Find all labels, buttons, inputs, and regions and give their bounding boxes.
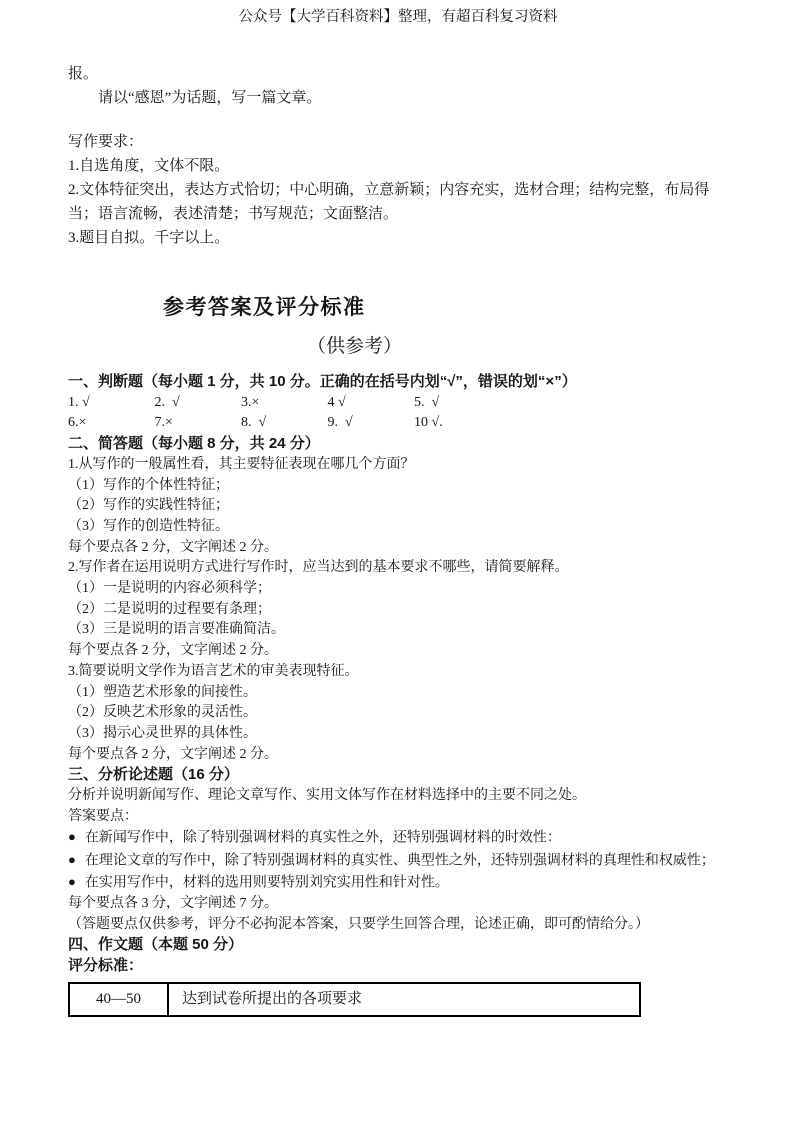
judgment-answers-row: 1. √2. √3.×4 √5. √	[68, 393, 728, 414]
analysis-bullet: ●在实用写作中，材料的选用则要特别刘究实用性和针对性。	[68, 872, 728, 894]
judgment-heading: 一、判断题（每小题 1 分，共 10 分。正确的在括号内划“√”，错误的划“×”…	[68, 372, 728, 393]
answer-points-label: 答案要点：	[68, 807, 728, 828]
score-note: 每个要点各 2 分，文字阐述 2 分。	[68, 538, 728, 559]
requirement-item: 2.文体特征突出，表达方式恰切；中心明确，立意新颖；内容充实，选材合理；结构完整…	[68, 178, 728, 226]
answer-point: （1）写作的个体性特征；	[68, 476, 728, 497]
judgment-answer: 8. √	[241, 413, 328, 434]
answer-key-body: 一、判断题（每小题 1 分，共 10 分。正确的在括号内划“√”，错误的划“×”…	[68, 372, 728, 1017]
judgment-answer: 3.×	[241, 393, 328, 414]
score-range-cell: 40—50	[69, 983, 168, 1016]
score-desc-cell: 达到试卷所提出的各项要求	[168, 983, 640, 1016]
requirement-item: 3.题目自拟。千字以上。	[68, 226, 728, 250]
answer-point: （3）揭示心灵世界的具体性。	[68, 724, 728, 745]
judgment-answer: 7.×	[155, 413, 242, 434]
bullet-text: 在理论文章的写作中，除了特别强调材料的真实性、典型性之外，还特别强调材料的真理性…	[85, 853, 715, 868]
judgment-answer: 1. √	[68, 393, 155, 414]
judgment-answer: 6.×	[68, 413, 155, 434]
answer-key-title: 参考答案及评分标准	[163, 294, 728, 322]
short-answer-heading: 二、简答题（每小题 8 分，共 24 分）	[68, 434, 728, 455]
answer-point: （2）写作的实践性特征；	[68, 496, 728, 517]
bullet-icon: ●	[68, 872, 76, 893]
judgment-answer: 5. √	[414, 393, 439, 414]
answer-point: （1）塑造艺术形象的间接性。	[68, 683, 728, 704]
analysis-bullet: ●在理论文章的写作中，除了特别强调材料的真实性、典型性之外，还特别强调材料的真理…	[68, 850, 728, 872]
judgment-answers-row: 6.×7.×8. √9. √10 √.	[68, 413, 728, 434]
score-note: 每个要点各 2 分，文字阐述 2 分。	[68, 745, 728, 766]
score-note: 每个要点各 3 分，文字阐述 7 分。	[68, 894, 728, 915]
requirement-item: 1.自选角度，文体不限。	[68, 154, 728, 178]
answer-point: （2）反映艺术形象的灵活性。	[68, 703, 728, 724]
intro-fragment: 报。	[68, 62, 728, 86]
analysis-heading: 三、分析论述题（16 分）	[68, 765, 728, 786]
topic-line: 请以“感恩”为话题，写一篇文章。	[68, 86, 728, 110]
answer-point: （2）二是说明的过程要有条理；	[68, 600, 728, 621]
analysis-bullet: ●在新闻写作中，除了特别强调材料的真实性之外，还特别强调材料的时效性：	[68, 827, 728, 849]
answer-point: （1）一是说明的内容必须科学；	[68, 579, 728, 600]
question-text: 1.从写作的一般属性看，其主要特征表现在哪几个方面？	[68, 455, 728, 476]
question-text: 3.简要说明文学作为语言艺术的审美表现特征。	[68, 662, 728, 683]
score-table: 40—50 达到试卷所提出的各项要求	[68, 982, 641, 1017]
answer-point: （3）三是说明的语言要准确简洁。	[68, 620, 728, 641]
bullet-text: 在实用写作中，材料的选用则要特别刘究实用性和针对性。	[85, 875, 449, 890]
answer-key-subtitle: （供参考）	[307, 334, 728, 360]
criteria-label: 评分标准：	[68, 956, 728, 977]
bullet-text: 在新闻写作中，除了特别强调材料的真实性之外，还特别强调材料的时效性：	[85, 831, 561, 846]
score-note: 每个要点各 2 分，文字阐述 2 分。	[68, 641, 728, 662]
judgment-answer: 9. √	[328, 413, 415, 434]
table-row: 40—50 达到试卷所提出的各项要求	[69, 983, 640, 1016]
judgment-answer: 2. √	[155, 393, 242, 414]
bullet-icon: ●	[68, 850, 76, 871]
document-page: 公众号【大学百科资料】整理，有超百科复习资料 报。 请以“感恩”为话题，写一篇文…	[0, 0, 793, 1122]
analysis-question: 分析并说明新闻写作、理论文章写作、实用文体写作在材料选择中的主要不同之处。	[68, 786, 728, 807]
doc-header: 公众号【大学百科资料】整理，有超百科复习资料	[68, 8, 728, 26]
requirements-section: 写作要求： 1.自选角度，文体不限。 2.文体特征突出，表达方式恰切；中心明确，…	[68, 130, 728, 250]
bullet-icon: ●	[68, 827, 76, 848]
question-text: 2.写作者在运用说明方式进行写作时，应当达到的基本要求不哪些，请简要解释。	[68, 558, 728, 579]
essay-heading: 四、作文题（本题 50 分）	[68, 935, 728, 956]
judgment-answer: 4 √	[328, 393, 415, 414]
requirements-label: 写作要求：	[68, 130, 728, 154]
grading-remark: （答题要点仅供参考，评分不必拘泥本答案，只要学生回答合理，论述正确，即可酌情给分…	[68, 915, 728, 936]
intro-section: 报。 请以“感恩”为话题，写一篇文章。	[68, 62, 728, 110]
judgment-answer: 10 √.	[414, 413, 443, 434]
answer-point: （3）写作的创造性特征。	[68, 517, 728, 538]
